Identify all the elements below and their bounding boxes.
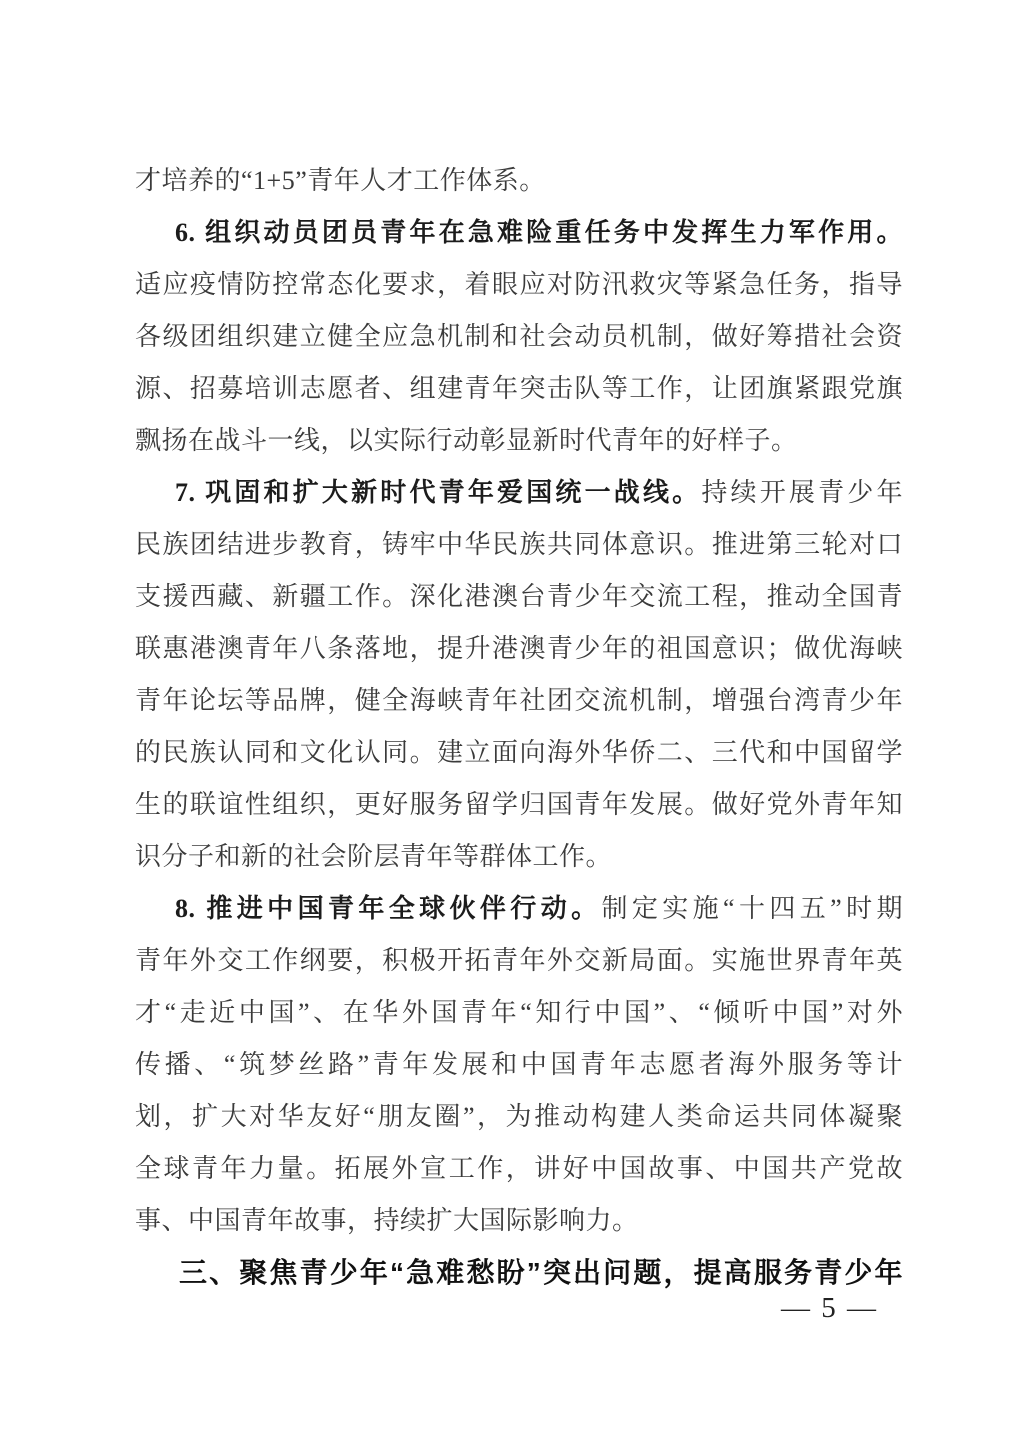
- body-text: 支援西藏、新疆工作。深化港澳台青少年交流工程，推动全国青: [135, 582, 903, 611]
- document-body: 才培养的“1+5”青年人才工作体系。6. 组织动员团员青年在急难险重任务中发挥生…: [135, 155, 903, 1299]
- text-line: 传播、“筑梦丝路”青年发展和中国青年志愿者海外服务等计: [135, 1039, 903, 1091]
- body-text: 青年论坛等品牌，健全海峡青年社团交流机制，增强台湾青少年: [135, 686, 903, 715]
- section-heading-text: 三、聚焦青少年“急难愁盼”突出问题，提高服务青少年: [179, 1257, 903, 1288]
- text-line: 事、中国青年故事，持续扩大国际影响力。: [135, 1195, 903, 1247]
- text-line: 才培养的“1+5”青年人才工作体系。: [135, 155, 903, 207]
- body-text: 青年外交工作纲要，积极开拓青年外交新局面。实施世界青年英: [135, 946, 903, 975]
- text-line: 青年论坛等品牌，健全海峡青年社团交流机制，增强台湾青少年: [135, 675, 903, 727]
- body-text: 各级团组织建立健全应急机制和社会动员机制，做好筹措社会资: [135, 322, 903, 351]
- body-text: 的民族认同和文化认同。建立面向海外华侨二、三代和中国留学: [135, 738, 903, 767]
- body-text: 生的联谊性组织，更好服务留学归国青年发展。做好党外青年知: [135, 790, 903, 819]
- body-text: 民族团结进步教育，铸牢中华民族共同体意识。推进第三轮对口: [135, 530, 903, 559]
- text-line: 识分子和新的社会阶层青年等群体工作。: [135, 831, 903, 883]
- body-text: 传播、“筑梦丝路”青年发展和中国青年志愿者海外服务等计: [135, 1050, 903, 1079]
- text-line: 飘扬在战斗一线，以实际行动彰显新时代青年的好样子。: [135, 415, 903, 467]
- body-text: 划，扩大对华友好“朋友圈”，为推动构建人类命运共同体凝聚: [135, 1102, 903, 1131]
- text-line: 划，扩大对华友好“朋友圈”，为推动构建人类命运共同体凝聚: [135, 1091, 903, 1143]
- body-text: 制定实施“十四五”时期: [601, 894, 903, 923]
- body-text: 才“走近中国”、在华外国青年“知行中国”、“倾听中国”对外: [135, 998, 903, 1027]
- body-text: 才培养的“1+5”青年人才工作体系。: [135, 166, 546, 195]
- text-line: 8. 推进中国青年全球伙伴行动。制定实施“十四五”时期: [135, 883, 903, 935]
- page-number: — 5 —: [781, 1288, 878, 1328]
- body-text: 全球青年力量。拓展外宣工作，讲好中国故事、中国共产党故: [135, 1154, 903, 1183]
- paragraph-number-heading: 8. 推进中国青年全球伙伴行动。: [175, 894, 601, 923]
- paragraph-number-heading: 6. 组织动员团员青年在急难险重任务中发挥生力军作用。: [175, 218, 903, 247]
- body-text: 事、中国青年故事，持续扩大国际影响力。: [135, 1206, 639, 1235]
- text-line: 支援西藏、新疆工作。深化港澳台青少年交流工程，推动全国青: [135, 571, 903, 623]
- body-text: 飘扬在战斗一线，以实际行动彰显新时代青年的好样子。: [135, 426, 798, 455]
- text-line: 联惠港澳青年八条落地，提升港澳青少年的祖国意识；做优海峡: [135, 623, 903, 675]
- text-line: 民族团结进步教育，铸牢中华民族共同体意识。推进第三轮对口: [135, 519, 903, 571]
- body-text: 源、招募培训志愿者、组建青年突击队等工作，让团旗紧跟党旗: [135, 374, 903, 403]
- body-text: 适应疫情防控常态化要求，着眼应对防汛救灾等紧急任务，指导: [135, 270, 903, 299]
- body-text: 持续开展青少年: [701, 478, 903, 507]
- document-page: { "document": { "page_number": "— 5 —", …: [0, 0, 1024, 1447]
- text-line: 的民族认同和文化认同。建立面向海外华侨二、三代和中国留学: [135, 727, 903, 779]
- text-line: 才“走近中国”、在华外国青年“知行中国”、“倾听中国”对外: [135, 987, 903, 1039]
- text-line: 全球青年力量。拓展外宣工作，讲好中国故事、中国共产党故: [135, 1143, 903, 1195]
- text-line: 源、招募培训志愿者、组建青年突击队等工作，让团旗紧跟党旗: [135, 363, 903, 415]
- text-line: 适应疫情防控常态化要求，着眼应对防汛救灾等紧急任务，指导: [135, 259, 903, 311]
- text-line: 7. 巩固和扩大新时代青年爱国统一战线。持续开展青少年: [135, 467, 903, 519]
- text-line: 6. 组织动员团员青年在急难险重任务中发挥生力军作用。: [135, 207, 903, 259]
- text-line: 青年外交工作纲要，积极开拓青年外交新局面。实施世界青年英: [135, 935, 903, 987]
- body-text: 识分子和新的社会阶层青年等群体工作。: [135, 842, 612, 871]
- text-line: 各级团组织建立健全应急机制和社会动员机制，做好筹措社会资: [135, 311, 903, 363]
- paragraph-number-heading: 7. 巩固和扩大新时代青年爱国统一战线。: [175, 478, 701, 507]
- body-text: 联惠港澳青年八条落地，提升港澳青少年的祖国意识；做优海峡: [135, 634, 903, 663]
- text-line: 生的联谊性组织，更好服务留学归国青年发展。做好党外青年知: [135, 779, 903, 831]
